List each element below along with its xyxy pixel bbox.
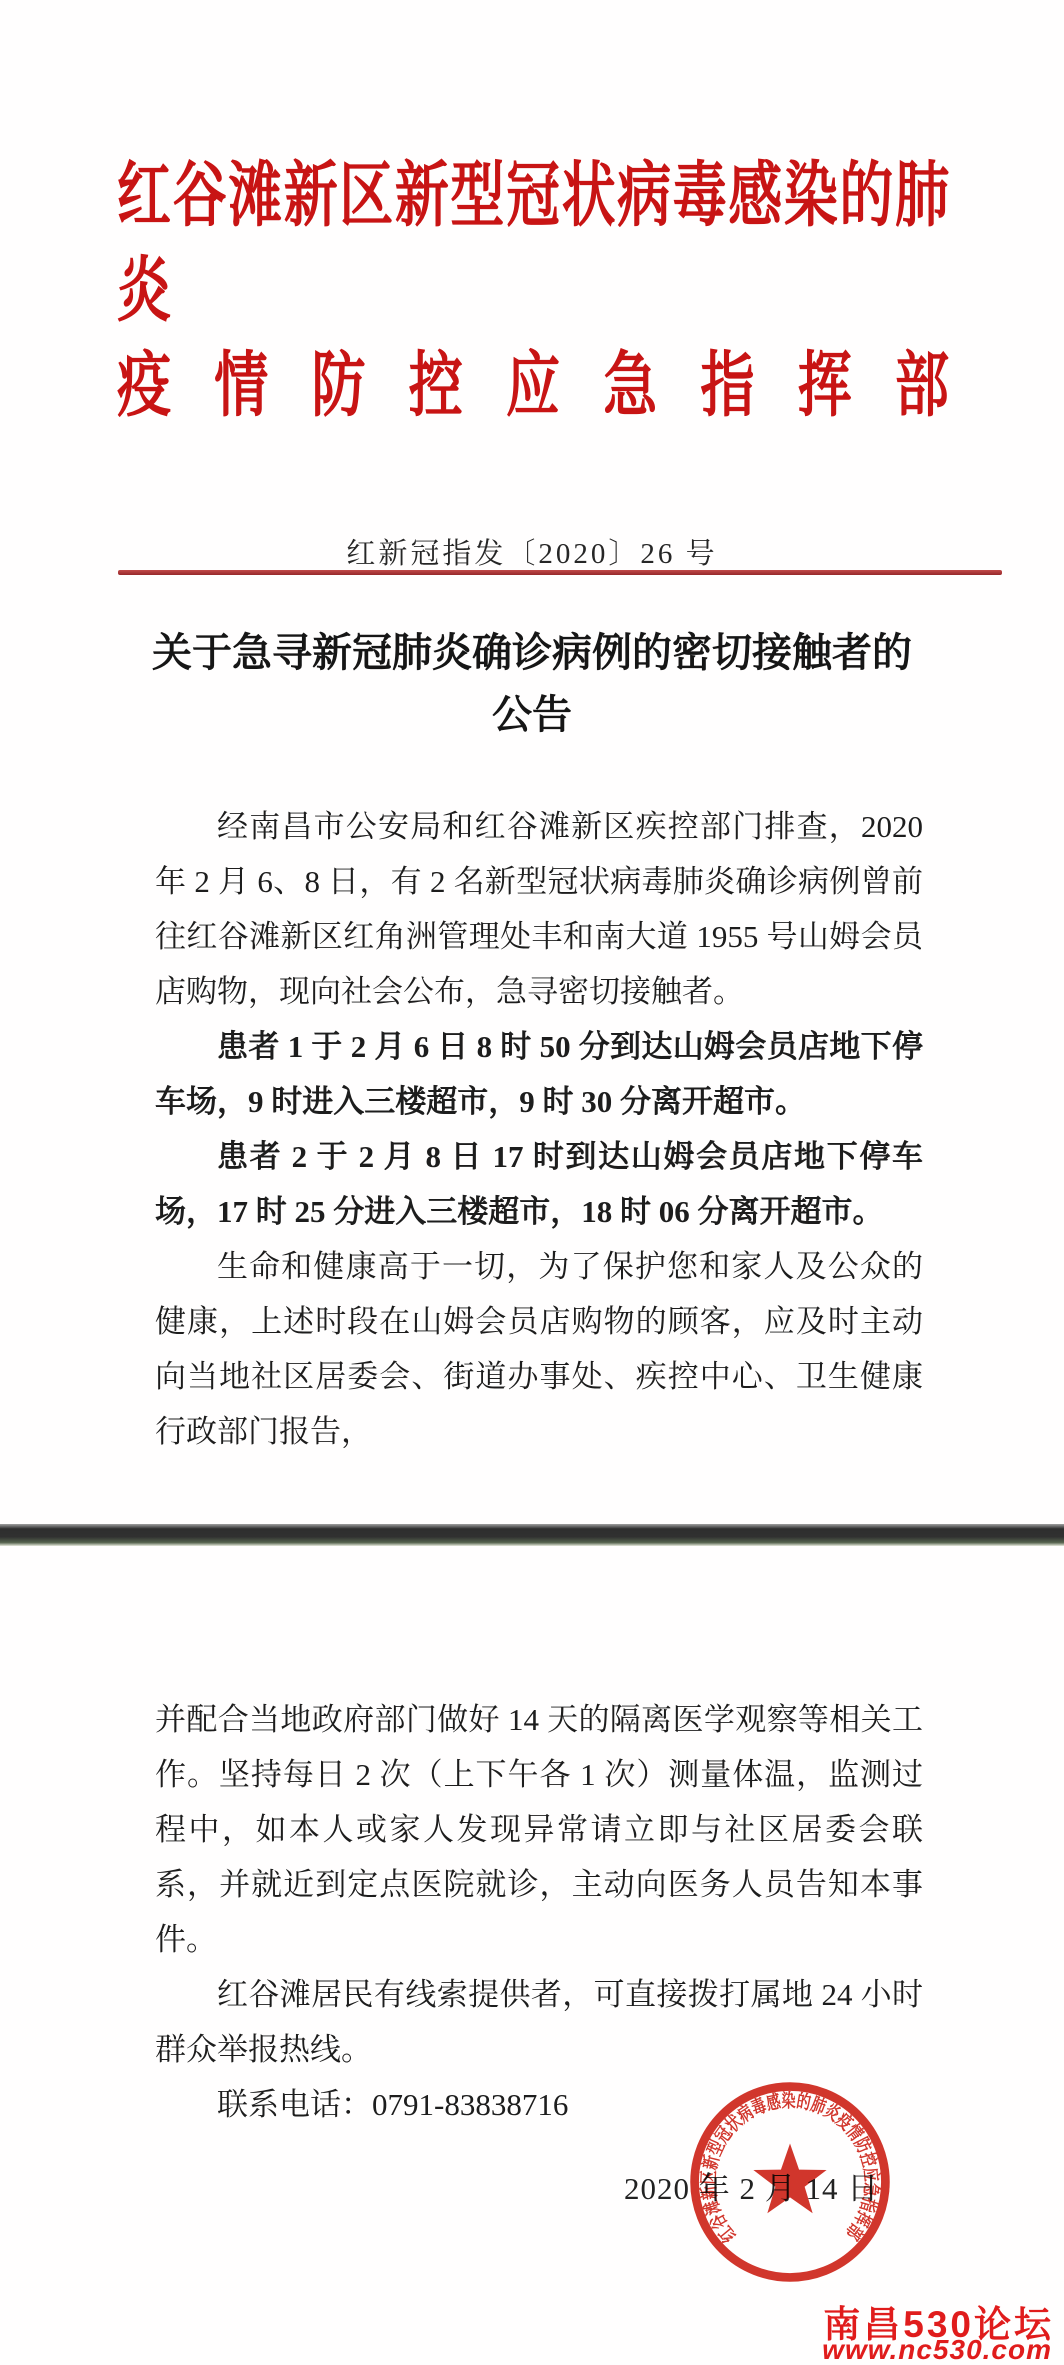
announcement-title: 关于急寻新冠肺炎确诊病例的密切接触者的 公告 [82,622,982,746]
scanned-announcement-document: 红谷滩新区新型冠状病毒感染的肺炎 疫情防控应急指挥部 红新冠指发〔2020〕26… [0,0,1064,2365]
paragraph-patient2: 患者 2 于 2 月 8 日 17 时到达山姆会员店地下停车场，17 时 25 … [155,1129,923,1239]
page-break-separator [0,1524,1064,1546]
announcement-title-line1: 关于急寻新冠肺炎确诊病例的密切接触者的 [82,622,982,684]
official-red-seal: 红谷滩新区新型冠状病毒感染的肺炎疫情防控应急指挥部 [684,2076,896,2288]
paragraph-investigation: 经南昌市公安局和红谷滩新区疾控部门排查，2020 年 2 月 6、8 日，有 2… [155,799,923,1019]
authority-name-line1: 红谷滩新区新型冠状病毒感染的肺炎 [117,148,949,338]
paragraph-health-notice: 生命和健康高于一切，为了保护您和家人及公众的健康，上述时段在山姆会员店购物的顾客… [155,1239,923,1459]
page2-body-text: 并配合当地政府部门做好 14 天的隔离医学观察等相关工作。坚持每日 2 次（上下… [155,1692,923,2132]
paragraph-patient1: 患者 1 于 2 月 6 日 8 时 50 分到达山姆会员店地下停车场，9 时进… [155,1019,923,1129]
paragraph-hotline: 红谷滩居民有线索提供者，可直接拨打属地 24 小时群众举报热线。 [155,1967,923,2077]
authority-name-line2: 疫情防控应急指挥部 [117,338,949,433]
issuing-authority-header: 红谷滩新区新型冠状病毒感染的肺炎 疫情防控应急指挥部 [117,148,949,433]
page1-body-text: 经南昌市公安局和红谷滩新区疾控部门排查，2020 年 2 月 6、8 日，有 2… [155,799,923,1459]
forum-watermark-url: www.nc530.com [822,2334,1052,2365]
document-number: 红新冠指发〔2020〕26 号 [0,531,1064,572]
paragraph-quarantine-continuation: 并配合当地政府部门做好 14 天的隔离医学观察等相关工作。坚持每日 2 次（上下… [155,1692,923,1967]
seal-star-icon [753,2143,826,2213]
announcement-title-line2: 公告 [82,684,982,746]
red-divider-rule [118,570,1002,575]
